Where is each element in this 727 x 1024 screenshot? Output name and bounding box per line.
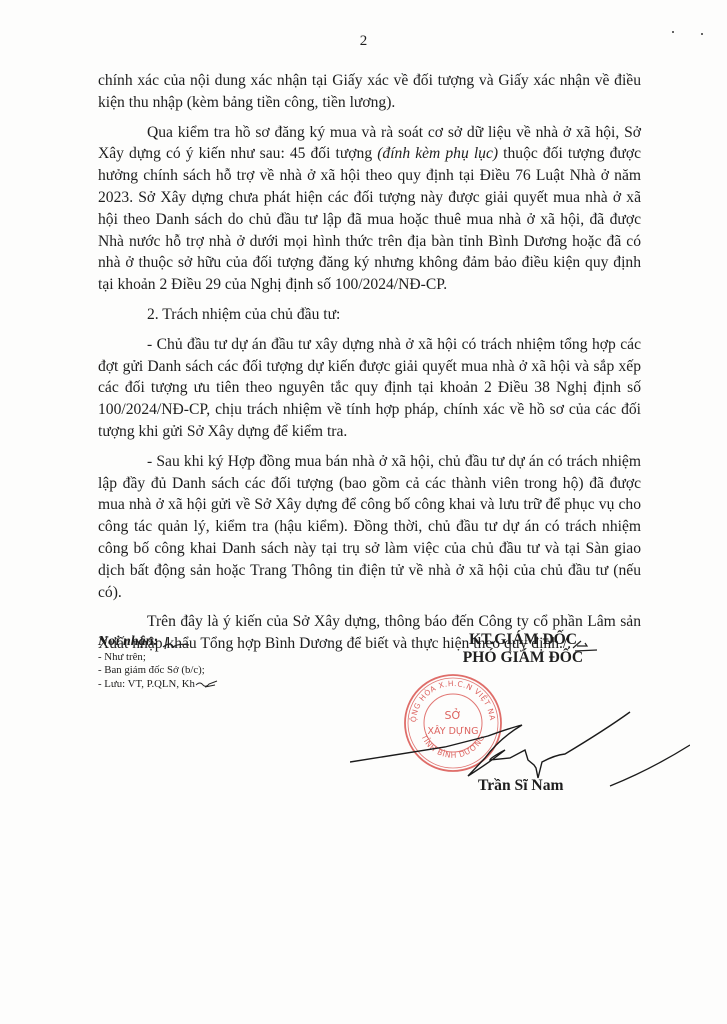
- section-heading: 2. Trách nhiệm của chủ đầu tư:: [98, 304, 641, 326]
- document-body: chính xác của nội dung xác nhận tại Giấy…: [98, 70, 641, 655]
- initial-flourish-icon: [161, 635, 191, 651]
- recipient-item: - Như trên;: [98, 651, 219, 665]
- recipients-label: Nơi nhận:: [98, 634, 158, 649]
- signature-title-block: KT.GIÁM ĐỐC PHÓ GIÁM ĐỐC: [430, 631, 616, 667]
- scan-speck: [672, 31, 674, 33]
- paragraph-investor-duty-2: - Sau khi ký Hợp đồng mua bán nhà ở xã h…: [98, 451, 641, 604]
- recipients-block: Nơi nhận: - Như trên; - Ban giám đốc Sở …: [98, 633, 219, 691]
- paragraph-text: thuộc đối tượng được hưởng chính sách hỗ…: [98, 145, 641, 293]
- paragraph-investor-duty-1: - Chủ đầu tư dự án đầu tư xây dựng nhà ở…: [98, 334, 641, 443]
- recipients-label-row: Nơi nhận:: [98, 633, 219, 651]
- paragraph-continuation: chính xác của nội dung xác nhận tại Giấy…: [98, 70, 641, 114]
- paragraph-review-result: Qua kiểm tra hồ sơ đăng ký mua và rà soá…: [98, 122, 641, 296]
- recipient-item: - Ban giám đốc Sở (b/c);: [98, 664, 219, 678]
- recipient-text: - Lưu: VT, P.QLN, Kh: [98, 678, 195, 690]
- signature-title-line2: PHÓ GIÁM ĐỐC: [430, 649, 616, 667]
- initial-flourish-icon: [195, 679, 219, 689]
- signature-title-line1: KT.GIÁM ĐỐC: [430, 631, 616, 649]
- scan-speck: [701, 33, 703, 35]
- attachment-note: (đính kèm phụ lục): [377, 145, 498, 162]
- recipient-item: - Lưu: VT, P.QLN, Kh: [98, 678, 219, 692]
- page-number: 2: [0, 33, 727, 50]
- signer-name: Trần Sĩ Nam: [478, 777, 563, 795]
